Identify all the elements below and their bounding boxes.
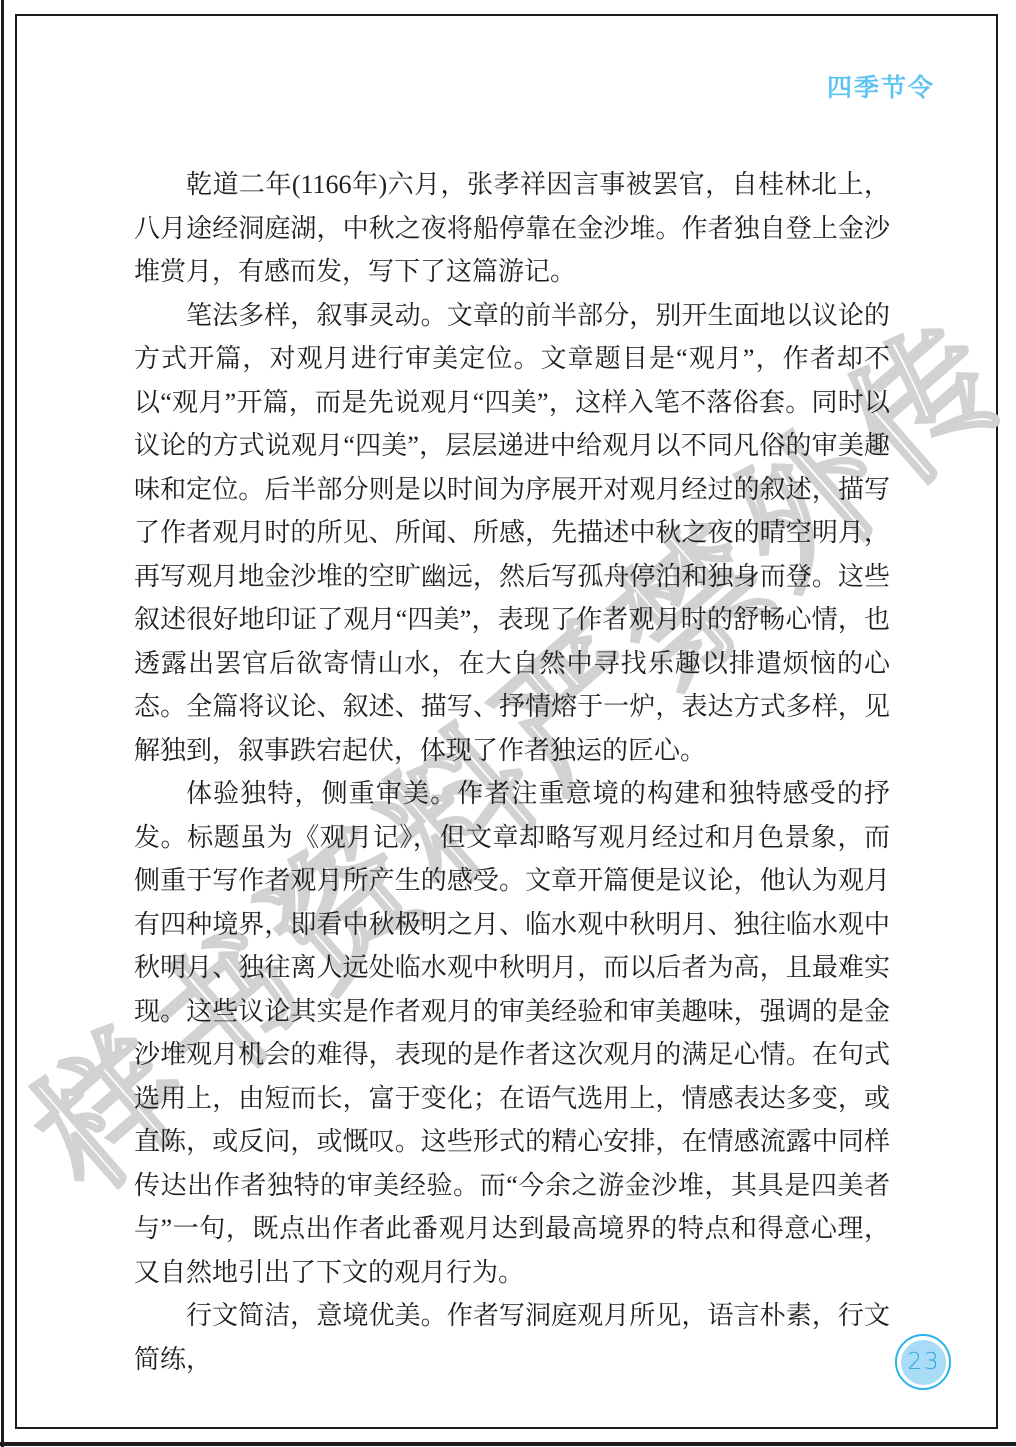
page-number: 23 [907, 1349, 940, 1375]
paragraph: 行文简洁，意境优美。作者写洞庭观月所见，语言朴素，行文简练， [134, 1294, 890, 1381]
scan-edge-left [1, 0, 4, 1447]
running-head: 四季节令 [827, 68, 935, 104]
page-number-badge: 23 [895, 1334, 951, 1390]
page-number-badge-fill: 23 [901, 1340, 946, 1385]
body-text-column: 乾道二年(1166年)六月，张孝祥因言事被罢官，自桂林北上，八月途经洞庭湖，中秋… [134, 163, 890, 1381]
paragraph: 乾道二年(1166年)六月，张孝祥因言事被罢官，自桂林北上，八月途经洞庭湖，中秋… [134, 163, 890, 294]
scan-edge-bottom [0, 1442, 1016, 1446]
paragraph: 体验独特，侧重审美。作者注重意境的构建和独特感受的抒发。标题虽为《观月记》，但文… [134, 772, 890, 1294]
book-page: 四季节令 样书资料严禁外传 乾道二年(1166年)六月，张孝祥因言事被罢官，自桂… [0, 0, 1016, 1447]
paragraph: 笔法多样，叙事灵动。文章的前半部分，别开生面地以议论的方式开篇，对观月进行审美定… [134, 294, 890, 773]
